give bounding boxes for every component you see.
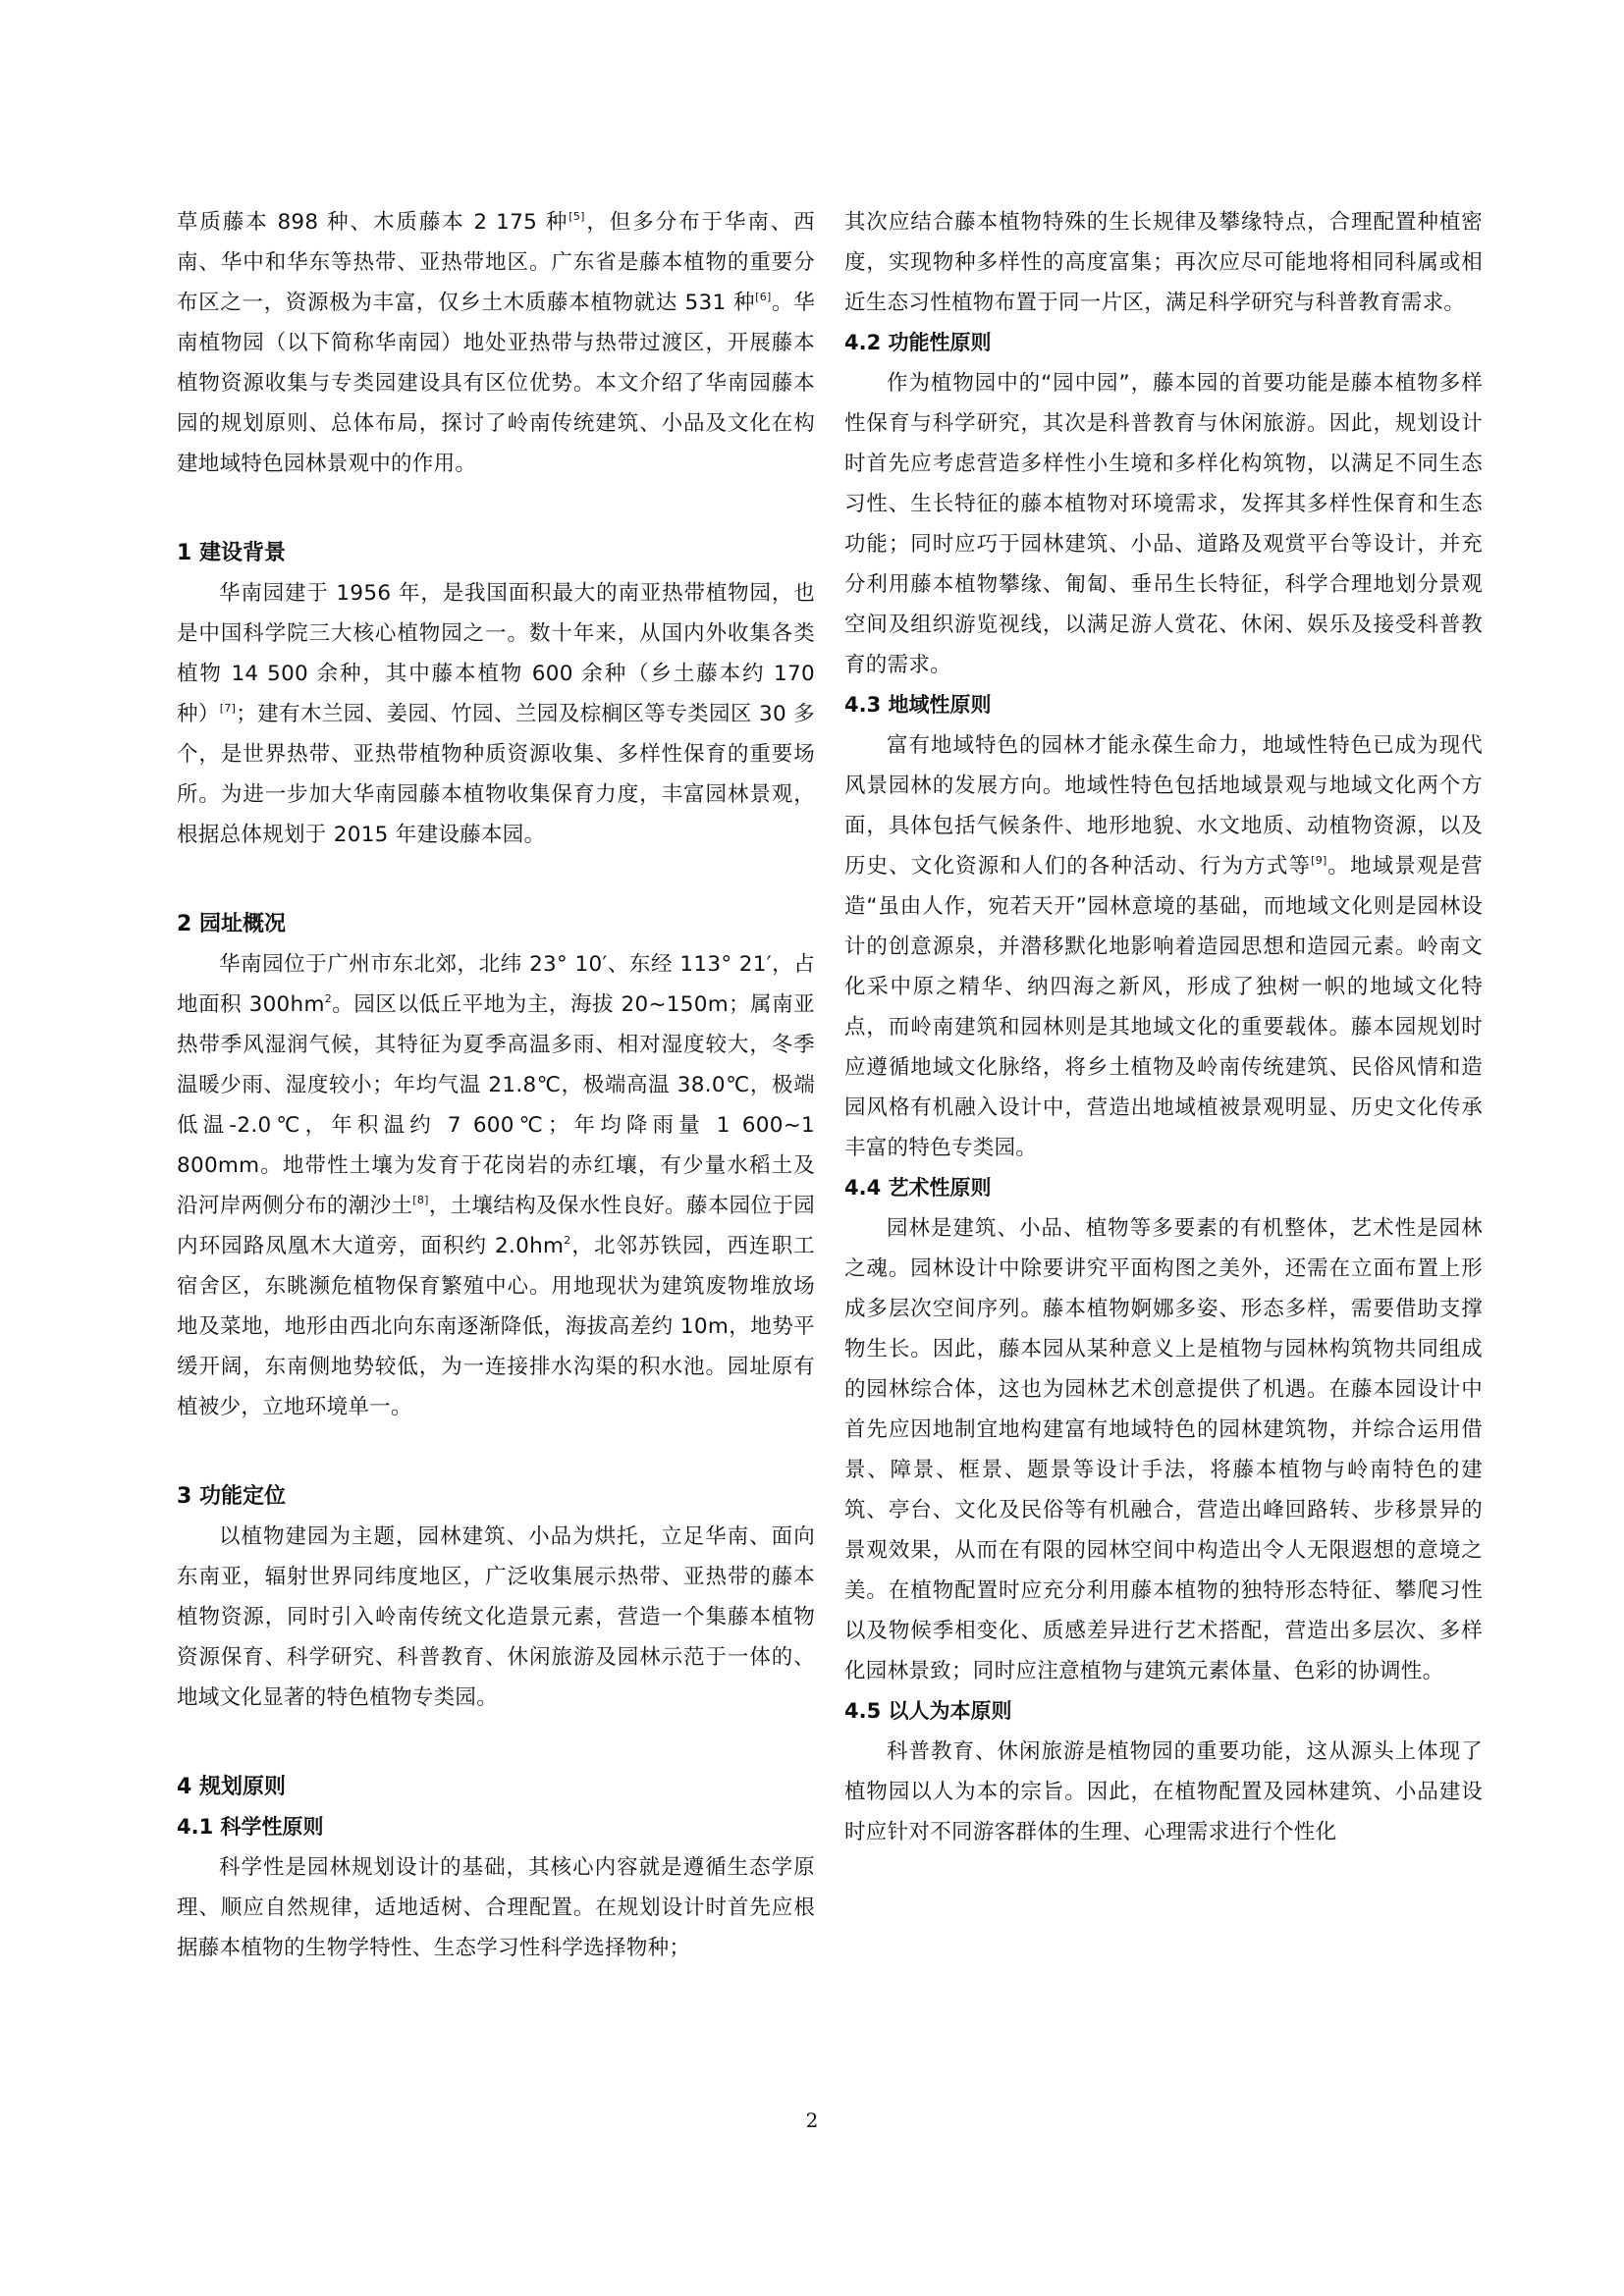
subsection-4-2-paragraph: 作为植物园中的“园中园”，藤本园的首要功能是藤本植物多样性保育与科学研究，其次是… [844, 363, 1483, 685]
subsection-4-4-paragraph: 园林是建筑、小品、植物等多要素的有机整体，艺术性是园林之魂。园林设计中除要讲究平… [844, 1208, 1483, 1691]
subsection-heading-4-2: 4.2 功能性原则 [844, 323, 1483, 363]
superscript-2: 2 [325, 992, 332, 1005]
text-run: 。地域景观是营造“虽由人作，宛若天开”园林意境的基础，而地域文化则是园林设计的创… [844, 854, 1483, 1160]
subsection-4-1-paragraph-continued: 其次应结合藤本植物特殊的生长规律及攀缘特点，合理配置种植密度，实现物种多样性的高… [844, 202, 1483, 323]
left-column: 草质藤本 898 种、木质藤本 2 175 种[5]，但多分布于华南、西南、华中… [177, 202, 815, 1968]
subsection-4-3-paragraph: 富有地域特色的园林才能永葆生命力，地域性特色已成为现代风景园林的发展方向。地域性… [844, 725, 1483, 1168]
text-run: ；建有木兰园、姜园、竹园、兰园及棕榈区等专类园区 30 多个，是世界热带、亚热带… [177, 702, 815, 847]
spacer [177, 855, 815, 904]
section-heading-4: 4 规划原则 [177, 1767, 815, 1807]
intro-paragraph: 草质藤本 898 种、木质藤本 2 175 种[5]，但多分布于华南、西南、华中… [177, 202, 815, 484]
section-heading-3: 3 功能定位 [177, 1476, 815, 1517]
superscript-2: 2 [564, 1234, 570, 1247]
spacer [177, 484, 815, 533]
text-run: 草质藤本 898 种、木质藤本 2 175 种 [177, 210, 568, 235]
text-run: 。华南植物园（以下简称华南园）地处亚热带与热带过渡区，开展藤本植物资源收集与专类… [177, 291, 815, 476]
subsection-heading-4-5: 4.5 以人为本原则 [844, 1691, 1483, 1732]
subsection-4-5-paragraph: 科普教育、休闲旅游是植物园的重要功能，这从源头上体现了植物园以人为本的宗旨。因此… [844, 1732, 1483, 1852]
subsection-heading-4-1: 4.1 科学性原则 [177, 1807, 815, 1847]
paper-page: 草质藤本 898 种、木质藤本 2 175 种[5]，但多分布于华南、西南、华中… [0, 0, 1624, 2296]
spacer [177, 1718, 815, 1767]
section1-paragraph: 华南园建于 1956 年，是我国面积最大的南亚热带植物园，也是中国科学院三大核心… [177, 573, 815, 855]
subsection-heading-4-4: 4.4 艺术性原则 [844, 1168, 1483, 1208]
citation-6: [6] [755, 291, 771, 303]
citation-9: [9] [1311, 854, 1326, 867]
section2-paragraph: 华南园位于广州市东北郊，北纬 23° 10′、东经 113° 21′，占地面积 … [177, 944, 815, 1427]
section3-paragraph: 以植物建园为主题，园林建筑、小品为烘托，立足华南、面向东南亚，辐射世界同纬度地区… [177, 1517, 815, 1718]
section-heading-2: 2 园址概况 [177, 904, 815, 944]
text-run: ，北邻苏铁园，西连职工宿舍区，东眺濒危植物保育繁殖中心。用地现状为建筑废物堆放场… [177, 1234, 815, 1419]
page-number: 2 [0, 2109, 1624, 2132]
subsection-heading-4-3: 4.3 地域性原则 [844, 685, 1483, 725]
right-column: 其次应结合藤本植物特殊的生长规律及攀缘特点，合理配置种植密度，实现物种多样性的高… [844, 202, 1483, 1852]
citation-8: [8] [412, 1194, 428, 1206]
citation-7: [7] [220, 702, 236, 715]
subsection-4-1-paragraph: 科学性是园林规划设计的基础，其核心内容就是遵循生态学原理、顺应自然规律，适地适树… [177, 1847, 815, 1968]
section-heading-1: 1 建设背景 [177, 533, 815, 573]
citation-5: [5] [568, 210, 584, 223]
spacer [177, 1427, 815, 1476]
text-run: 。园区以低丘平地为主，海拔 20~150m；属南亚热带季风湿润气候，其特征为夏季… [177, 992, 815, 1218]
